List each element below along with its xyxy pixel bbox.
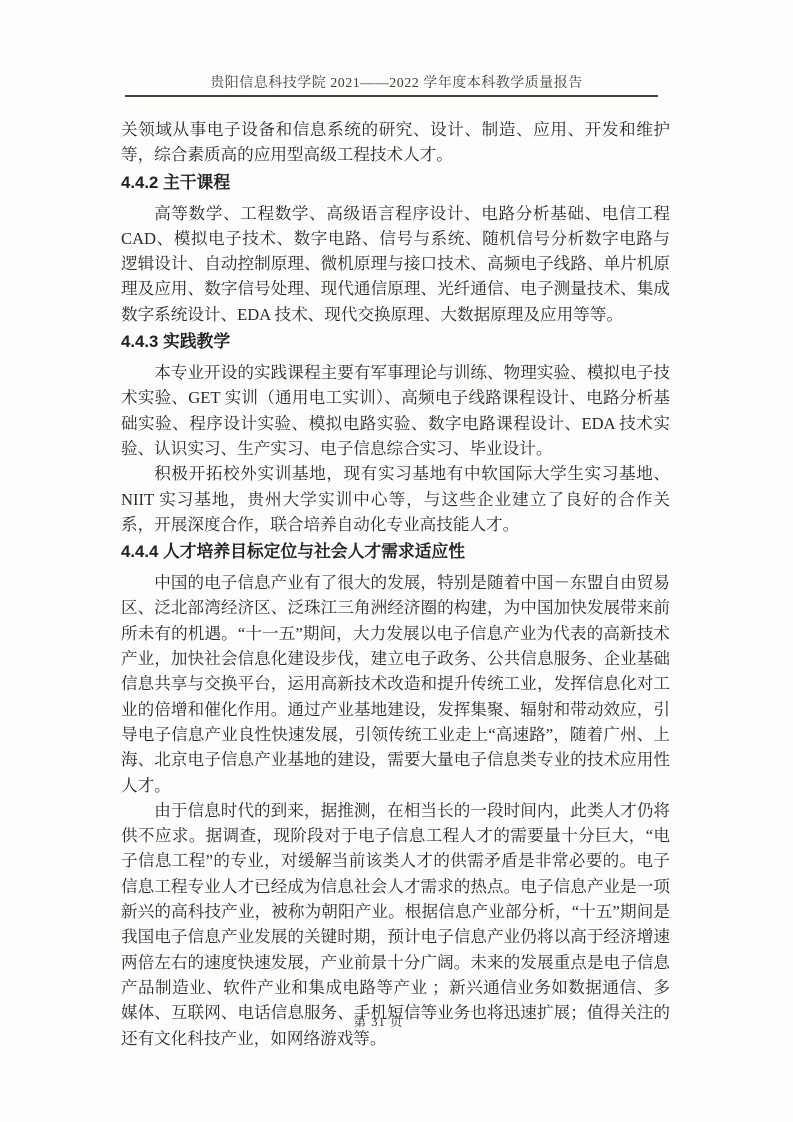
section-heading: 4.4.4 人才培养目标定位与社会人才需求适应性: [121, 539, 670, 565]
section-heading: 4.4.2 主干课程: [121, 170, 670, 196]
header-title: 贵阳信息科技学院 2021——2022 学年度本科教学质量报告: [0, 72, 793, 92]
page-footer: 第 31 页: [0, 1012, 793, 1031]
page-number-label: 第 31 页: [354, 1012, 404, 1030]
document-page: 贵阳信息科技学院 2021——2022 学年度本科教学质量报告 关领域从事电子设…: [0, 0, 793, 1122]
body-paragraph: 积极开拓校外实训基地，现有实习基地有中软国际大学生实习基地、NIIT 实习基地，…: [121, 461, 670, 537]
body-paragraph: 本专业开设的实践课程主要有军事理论与训练、物理实验、模拟电子技术实验、GET 实…: [121, 360, 670, 461]
page-body: 关领域从事电子设备和信息系统的研究、设计、制造、应用、开发和维护等，综合素质高的…: [121, 117, 670, 1051]
page-header: 贵阳信息科技学院 2021——2022 学年度本科教学质量报告: [0, 72, 793, 97]
header-rule: [125, 95, 658, 97]
body-paragraph: 高等数学、工程数学、高级语言程序设计、电路分析基础、电信工程 CAD、模拟电子技…: [121, 201, 670, 327]
body-paragraph: 中国的电子信息产业有了很大的发展，特别是随着中国－东盟自由贸易区、泛北部湾经济区…: [121, 570, 670, 798]
section-heading: 4.4.3 实践教学: [121, 329, 670, 355]
body-paragraph: 关领域从事电子设备和信息系统的研究、设计、制造、应用、开发和维护等，综合素质高的…: [121, 117, 670, 168]
